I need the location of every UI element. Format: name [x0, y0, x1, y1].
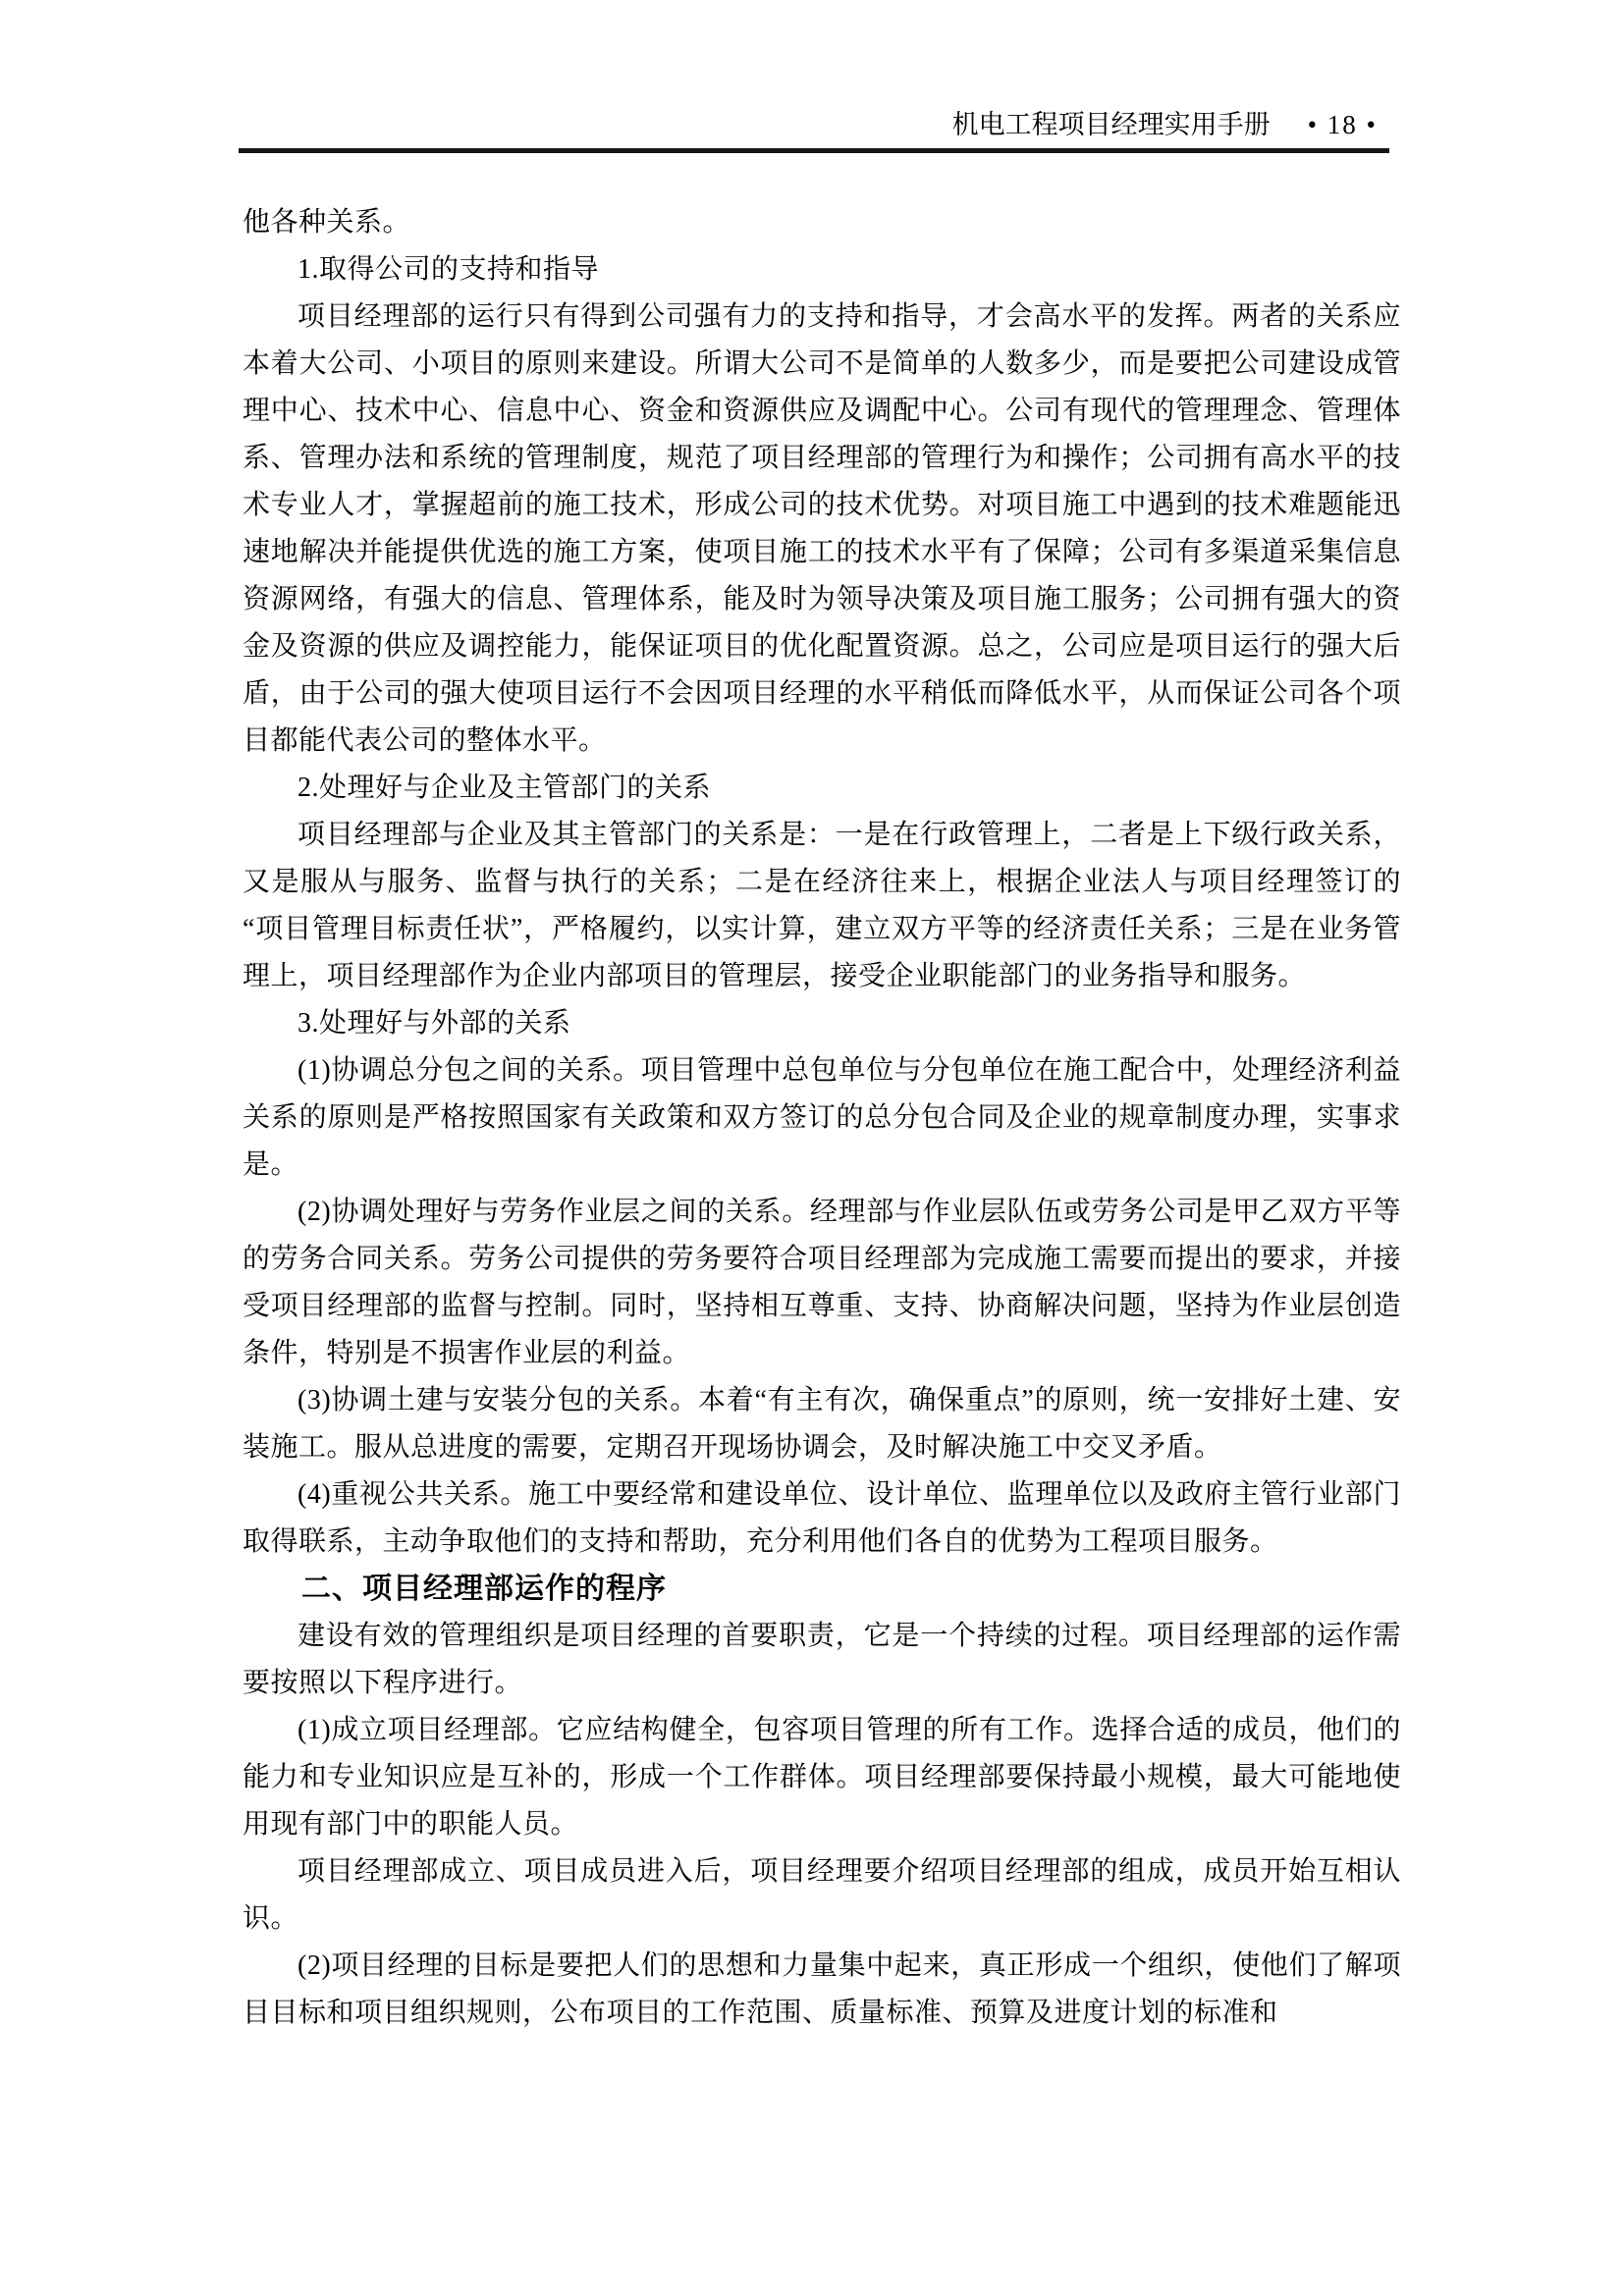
- paragraph: 项目经理部的运行只有得到公司强有力的支持和指导，才会高水平的发挥。两者的关系应本…: [243, 294, 1401, 765]
- header-title: 机电工程项目经理实用手册: [952, 108, 1271, 141]
- paragraph: (1)协调总分包之间的关系。项目管理中总包单位与分包单位在施工配合中，处理经济利…: [243, 1047, 1401, 1189]
- section-heading: 二、项目经理部运作的程序: [243, 1566, 1401, 1613]
- page-number: • 18 •: [1308, 108, 1378, 141]
- paragraph: 2.处理好与企业及主管部门的关系: [243, 765, 1401, 812]
- document-body: 他各种关系。1.取得公司的支持和指导项目经理部的运行只有得到公司强有力的支持和指…: [243, 199, 1401, 2037]
- paragraph: 建设有效的管理组织是项目经理的首要职责，它是一个持续的过程。项目经理部的运作需要…: [243, 1613, 1401, 1707]
- paragraph: 项目经理部与企业及其主管部门的关系是：一是在行政管理上，二者是上下级行政关系，又…: [243, 812, 1401, 1000]
- running-header: 机电工程项目经理实用手册 • 18 •: [239, 108, 1389, 141]
- paragraph: 3.处理好与外部的关系: [243, 1000, 1401, 1047]
- paragraph: 他各种关系。: [243, 199, 1401, 246]
- paragraph: (4)重视公共关系。施工中要经常和建设单位、设计单位、监理单位以及政府主管行业部…: [243, 1471, 1401, 1566]
- paragraph: 项目经理部成立、项目成员进入后，项目经理要介绍项目经理部的组成，成员开始互相认识…: [243, 1848, 1401, 1943]
- paragraph: (3)协调土建与安装分包的关系。本着“有主有次，确保重点”的原则，统一安排好土建…: [243, 1377, 1401, 1471]
- header-divider: [239, 148, 1389, 153]
- paragraph: (2)项目经理的目标是要把人们的思想和力量集中起来，真正形成一个组织，使他们了解…: [243, 1943, 1401, 2037]
- document-page: 机电工程项目经理实用手册 • 18 • 他各种关系。1.取得公司的支持和指导项目…: [0, 0, 1624, 2296]
- paragraph: (1)成立项目经理部。它应结构健全，包容项目管理的所有工作。选择合适的成员，他们…: [243, 1707, 1401, 1848]
- paragraph: (2)协调处理好与劳务作业层之间的关系。经理部与作业层队伍或劳务公司是甲乙双方平…: [243, 1189, 1401, 1377]
- paragraph: 1.取得公司的支持和指导: [243, 246, 1401, 294]
